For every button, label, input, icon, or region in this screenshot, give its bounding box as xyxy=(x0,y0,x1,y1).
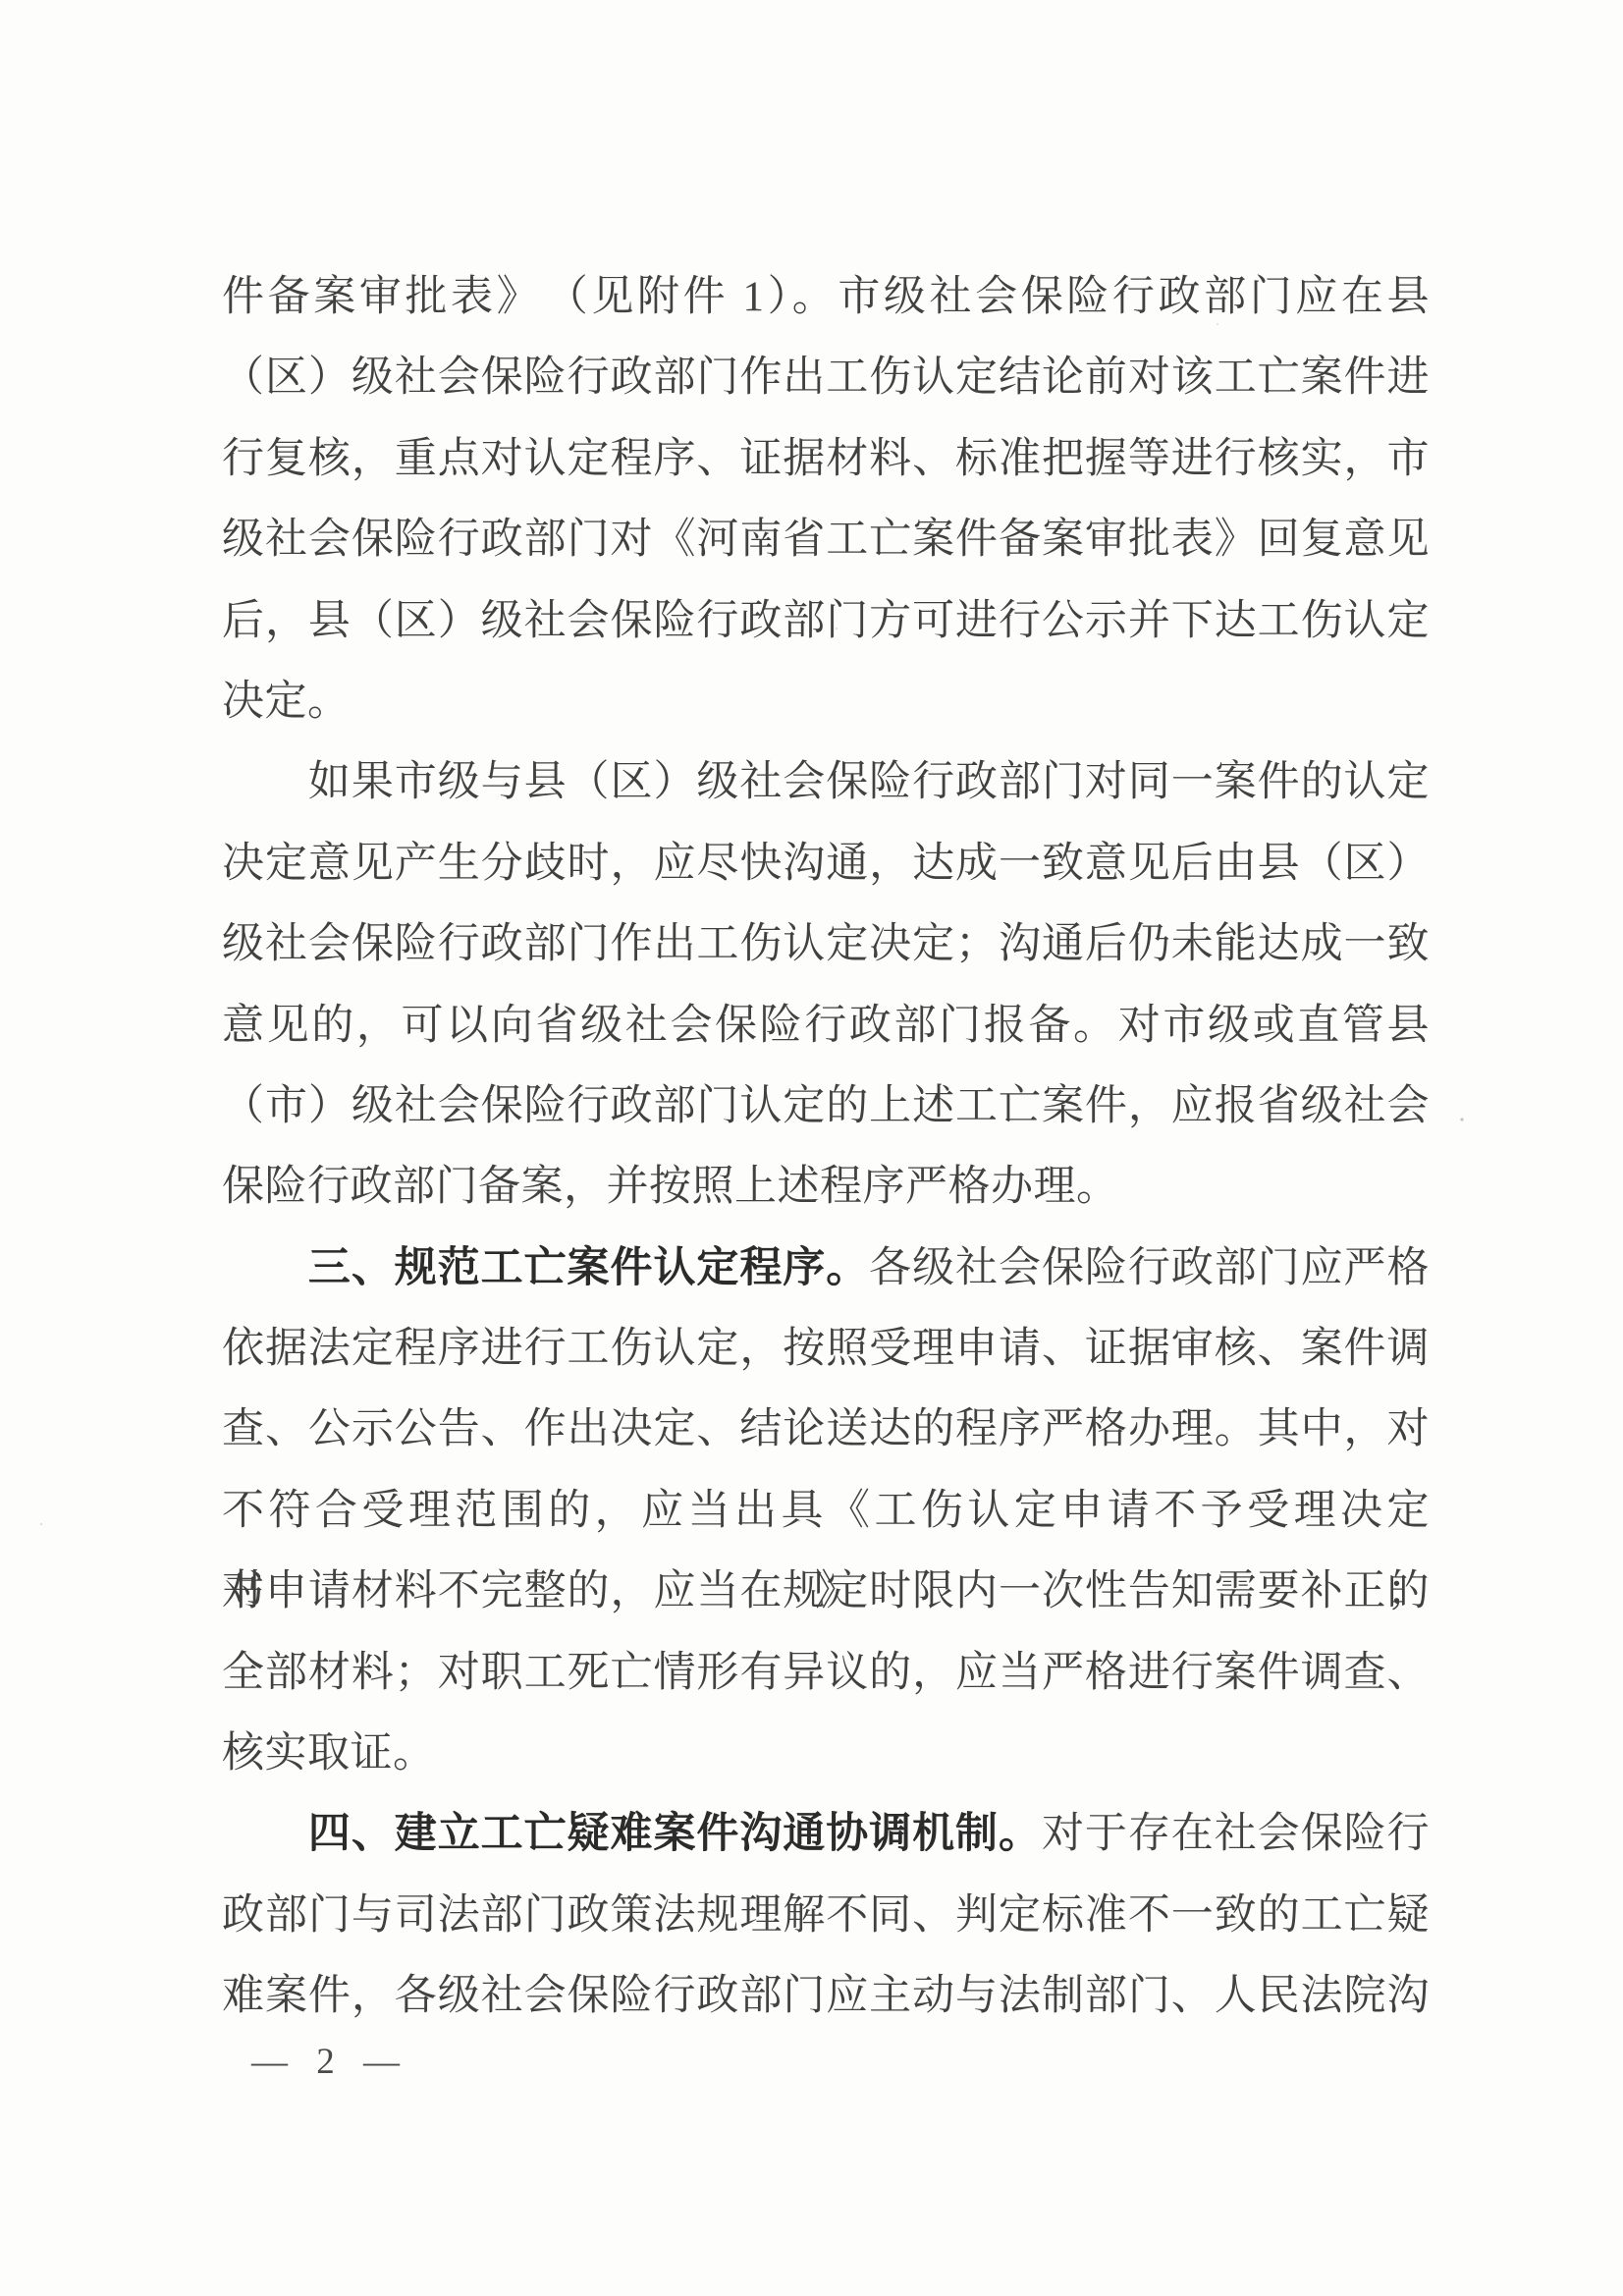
line-text: 查、公示公告、作出决定、结论送达的程序严格办理。其中，对 xyxy=(222,1406,1430,1452)
text-line: 不符合受理范围的，应当出具《工伤认定申请不予受理决定书》； xyxy=(222,1471,1430,1552)
line-text: 件备案审批表》 （见附件 1）。市级社会保险行政部门应在县 xyxy=(222,274,1430,320)
line-text: 级社会保险行政部门对《河南省工亡案件备案审批表》回复意见 xyxy=(222,517,1430,563)
line-text: 意见的，可以向省级社会保险行政部门报备。对市级或直管县 xyxy=(222,1003,1430,1049)
line-text: 对于存在社会保险行 xyxy=(1042,1811,1430,1857)
text-line: （区）级社会保险行政部门作出工伤认定结论前对该工亡案件进 xyxy=(222,338,1430,418)
line-text: 后，县（区）级社会保险行政部门方可进行公示并下达工伤认定 xyxy=(222,598,1430,644)
line-text: （市）级社会保险行政部门认定的上述工亡案件，应报省级社会 xyxy=(222,1083,1430,1129)
text-line: 级社会保险行政部门对《河南省工亡案件备案审批表》回复意见 xyxy=(222,500,1430,580)
line-text: 行复核，重点对认定程序、证据材料、标准把握等进行核实，市 xyxy=(222,436,1430,482)
text-line: 级社会保险行政部门作出工伤认定决定；沟通后仍未能达成一致 xyxy=(222,904,1430,985)
text-line: 决定意见产生分歧时，应尽快沟通，达成一致意见后由县（区） xyxy=(222,824,1430,904)
text-line: 后，县（区）级社会保险行政部门方可进行公示并下达工伤认定 xyxy=(222,581,1430,662)
text-line: 件备案审批表》 （见附件 1）。市级社会保险行政部门应在县 xyxy=(222,257,1430,338)
text-line: 三、规范工亡案件认定程序。各级社会保险行政部门应严格 xyxy=(222,1229,1430,1309)
text-line: 政部门与司法部门政策法规理解不同、判定标准不一致的工亡疑 xyxy=(222,1876,1430,1956)
line-text: 决定。 xyxy=(222,679,351,725)
text-line: 意见的，可以向省级社会保险行政部门报备。对市级或直管县 xyxy=(222,986,1430,1066)
line-text: 政部门与司法部门政策法规理解不同、判定标准不一致的工亡疑 xyxy=(222,1892,1430,1939)
line-text: 级社会保险行政部门作出工伤认定决定；沟通后仍未能达成一致 xyxy=(222,921,1430,967)
text-line: 如果市级与县（区）级社会保险行政部门对同一案件的认定 xyxy=(222,742,1430,823)
line-text: 决定意见产生分歧时，应尽快沟通，达成一致意见后由县（区） xyxy=(222,841,1430,887)
document-page: 件备案审批表》 （见附件 1）。市级社会保险行政部门应在县 （区）级社会保险行政… xyxy=(0,0,1623,2296)
text-line: 对申请材料不完整的，应当在规定时限内一次性告知需要补正的 xyxy=(222,1552,1430,1632)
section-heading-4: 四、建立工亡疑难案件沟通协调机制。 xyxy=(222,1811,1042,1857)
text-line: 行复核，重点对认定程序、证据材料、标准把握等进行核实，市 xyxy=(222,419,1430,500)
section-heading-3: 三、规范工亡案件认定程序。 xyxy=(222,1245,869,1291)
text-line: 保险行政部门备案，并按照上述程序严格办理。 xyxy=(222,1147,1430,1228)
text-line: 核实取证。 xyxy=(222,1714,1430,1794)
line-text: 全部材料；对职工死亡情形有异议的，应当严格进行案件调查、 xyxy=(222,1650,1430,1696)
text-line: （市）级社会保险行政部门认定的上述工亡案件，应报省级社会 xyxy=(222,1066,1430,1147)
text-line: 难案件，各级社会保险行政部门应主动与法制部门、人民法院沟 xyxy=(222,1956,1430,2037)
text-line: 决定。 xyxy=(222,662,1430,742)
text-column: 件备案审批表》 （见附件 1）。市级社会保险行政部门应在县 （区）级社会保险行政… xyxy=(222,257,1430,2038)
text-line: 依据法定程序进行工伤认定，按照受理申请、证据审核、案件调 xyxy=(222,1309,1430,1390)
text-line: 四、建立工亡疑难案件沟通协调机制。对于存在社会保险行 xyxy=(222,1794,1430,1875)
text-line: 全部材料；对职工死亡情形有异议的，应当严格进行案件调查、 xyxy=(222,1633,1430,1714)
line-text: 对申请材料不完整的，应当在规定时限内一次性告知需要补正的 xyxy=(222,1568,1430,1614)
line-text: 依据法定程序进行工伤认定，按照受理申请、证据审核、案件调 xyxy=(222,1326,1430,1372)
line-text: 核实取证。 xyxy=(222,1730,436,1777)
line-text: 如果市级与县（区）级社会保险行政部门对同一案件的认定 xyxy=(222,759,1430,805)
page-number: — 2 — xyxy=(251,2043,400,2082)
line-text: 各级社会保险行政部门应严格 xyxy=(869,1245,1430,1291)
line-text: 保险行政部门备案，并按照上述程序严格办理。 xyxy=(222,1164,1119,1210)
line-text: 难案件，各级社会保险行政部门应主动与法制部门、人民法院沟 xyxy=(222,1973,1430,2019)
line-text: （区）级社会保险行政部门作出工伤认定结论前对该工亡案件进 xyxy=(222,355,1430,401)
text-line: 查、公示公告、作出决定、结论送达的程序严格办理。其中，对 xyxy=(222,1390,1430,1470)
